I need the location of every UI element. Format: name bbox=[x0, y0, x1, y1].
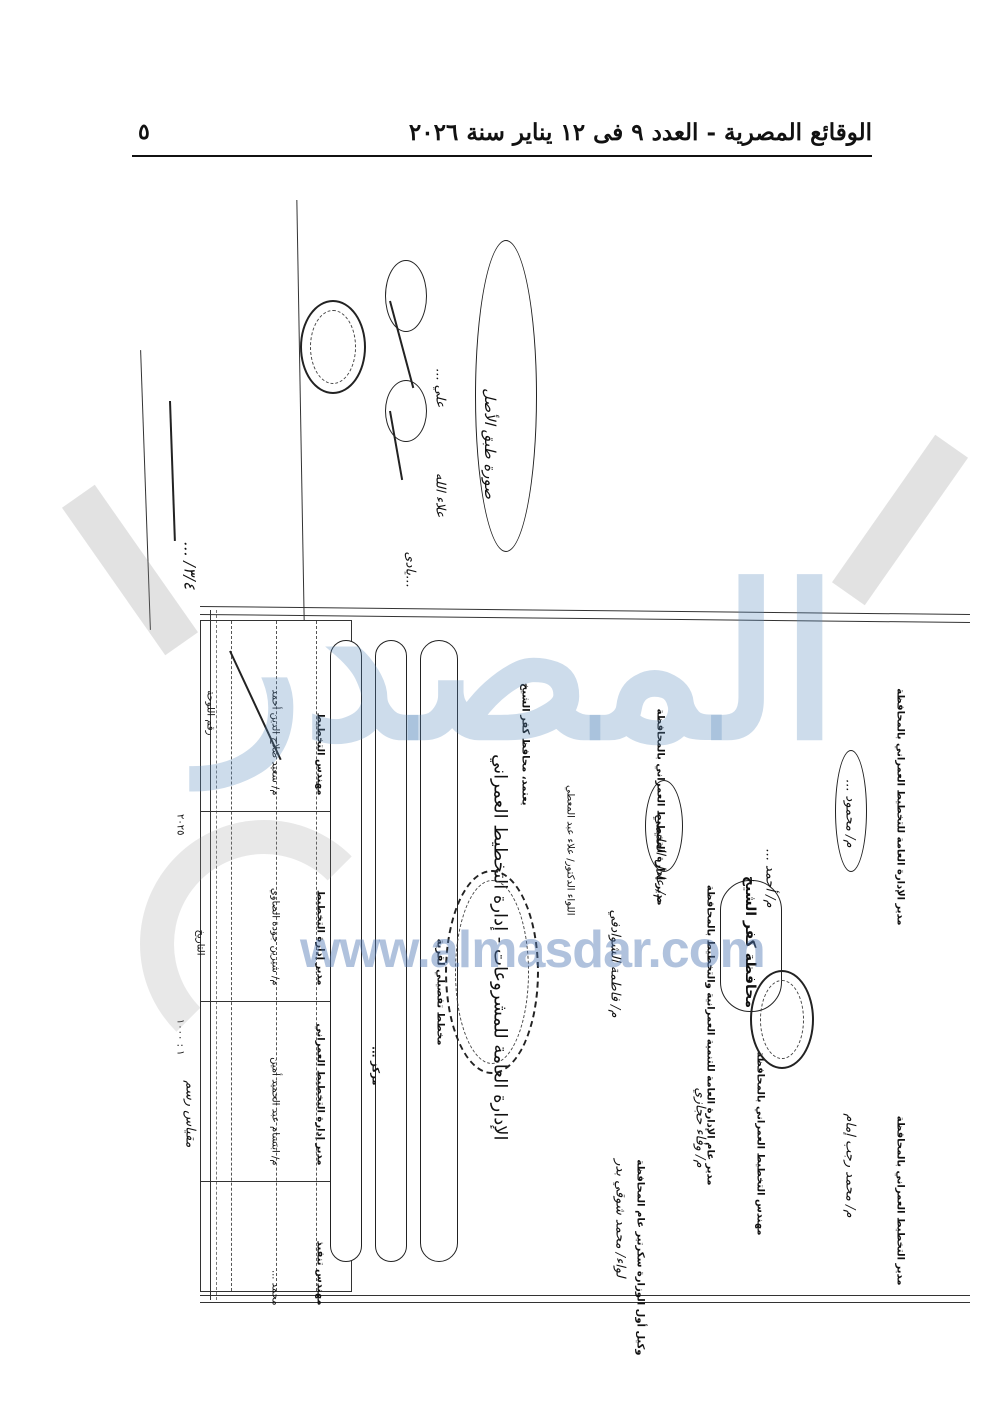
margin-line bbox=[140, 350, 151, 630]
margin-note: ٣/٤/ ... bbox=[181, 430, 200, 590]
approval-role: مدير التخطيط العمراني بالمحافظة bbox=[895, 986, 906, 1286]
project-title: مخطط تفصيلي لقرية bbox=[435, 846, 446, 1046]
signature-oval-4 bbox=[835, 750, 867, 872]
approval-name: لواء/ محمد شوقي بدر bbox=[613, 1098, 628, 1278]
emblem-seal bbox=[445, 870, 539, 1074]
signature-stroke-3 bbox=[169, 401, 176, 541]
table-name: م/ شيرين جودة الصاوي bbox=[270, 826, 281, 986]
table-header: مهندس تنفيذ bbox=[315, 1186, 326, 1306]
approval-name: اللواء الدكتور/ علاء عبد المعطي bbox=[565, 636, 576, 916]
date-label: التاريخ bbox=[195, 876, 206, 956]
signature-oval-2 bbox=[385, 380, 427, 442]
page-number: ٥ bbox=[138, 119, 150, 145]
approval-name: م/ وفاء حجازي bbox=[693, 1028, 708, 1168]
handwritten-note: صورة طبق الأصل bbox=[481, 299, 499, 499]
gazette-title: الوقائع المصرية - العدد ٩ فى ١٢ يناير سن… bbox=[409, 119, 872, 146]
district-title: مركز ... bbox=[370, 926, 381, 1086]
signer-short: م/ أحمد ... bbox=[763, 748, 778, 908]
approval-role: وكيل أول الوزارة سكرتير عام المحافظة bbox=[635, 1056, 646, 1356]
official-seal bbox=[300, 300, 366, 394]
sheet-label: رقم اللوحة bbox=[205, 636, 216, 736]
header-rule bbox=[132, 155, 872, 157]
approval-role: مدير الإدارة العامة للتخطيط العمراني بال… bbox=[895, 626, 906, 926]
table-name: م/ ابتسام عبد الحميد أمين bbox=[270, 1006, 281, 1166]
table-name: محمد ... bbox=[270, 1186, 281, 1306]
table-header: مدير إدارة التخطيط العمراني bbox=[315, 1006, 326, 1166]
approval-role: يعتمد، محافظ كفر الشيخ bbox=[520, 686, 531, 806]
table-name: م/ سعيد صلاح الدين أحمد bbox=[270, 636, 281, 796]
signature-oval bbox=[385, 260, 427, 332]
title-strip bbox=[330, 640, 362, 1262]
scale-value: ١ : ١٠٠٠ bbox=[175, 976, 186, 1056]
year-value: ٢٠٢٥ bbox=[175, 776, 186, 836]
official-seal-2 bbox=[750, 970, 814, 1069]
approval-name: م/ فاطمة الشوادفي bbox=[608, 858, 623, 1018]
signature-oval-3 bbox=[645, 780, 683, 872]
scanned-document: علي ... علاء الله ...يادى صورة طبق الأصل… bbox=[90, 180, 970, 1330]
table-header: مدير إدارة التخطيط bbox=[315, 826, 326, 986]
frame-top-line bbox=[200, 606, 970, 615]
page-header: الوقائع المصرية - العدد ٩ فى ١٢ يناير سن… bbox=[132, 112, 872, 152]
approval-name: م/ محمد رجب إمام bbox=[843, 1078, 858, 1218]
table-header: مهندس التخطيط bbox=[315, 636, 326, 796]
signature-name: علاء الله bbox=[433, 378, 448, 518]
fold-line bbox=[296, 200, 304, 620]
signature-name: ...يادى bbox=[403, 488, 418, 588]
